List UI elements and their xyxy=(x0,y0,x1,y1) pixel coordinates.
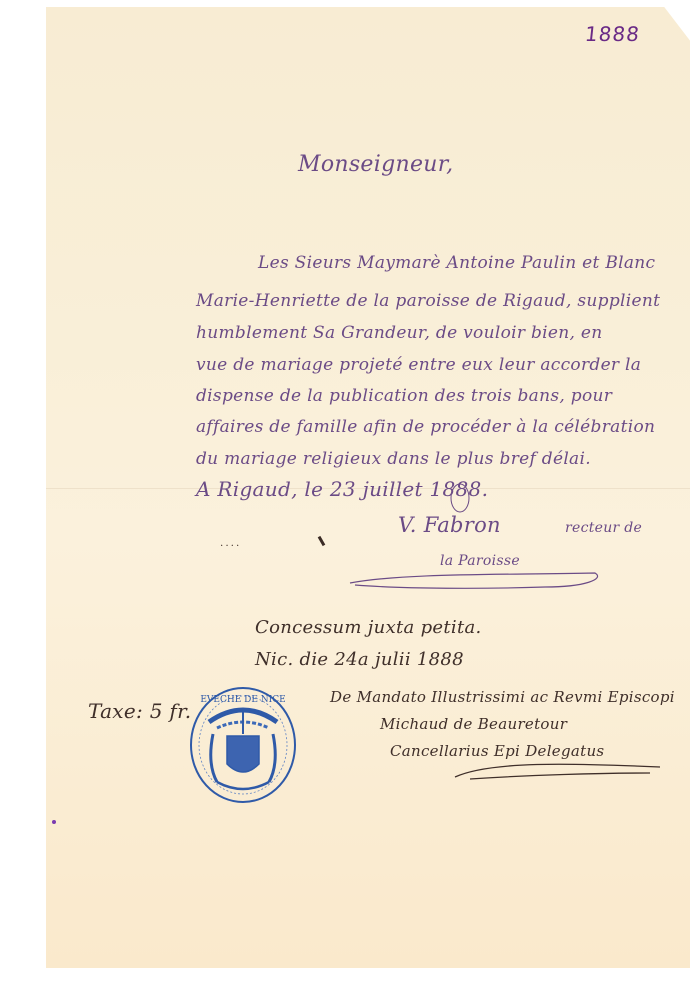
mandate-line: Michaud de Beauretour xyxy=(380,715,567,733)
archive-year-annotation: 1888 xyxy=(584,22,641,46)
letter-line: du mariage religieux dans le plus bref d… xyxy=(196,449,591,469)
signature-name: V. Fabron xyxy=(398,513,501,537)
ink-specks: ․․․․ xyxy=(220,538,241,549)
letter-line: vue de mariage projeté entre eux leur ac… xyxy=(196,355,641,375)
salutation: Monseigneur, xyxy=(298,152,453,177)
letter-line: Marie-Henriette de la paroisse de Rigaud… xyxy=(196,291,660,311)
letter-line: Les Sieurs Maymarè Antoine Paulin et Bla… xyxy=(258,253,655,273)
signature-flourish-icon xyxy=(345,565,605,595)
letter-line: dispense de la publication des trois ban… xyxy=(196,386,612,406)
tax-note: Taxe: 5 fr. xyxy=(88,699,191,723)
letter-line: humblement Sa Grandeur, de vouloir bien,… xyxy=(196,323,603,343)
ink-loop-flourish-icon xyxy=(440,478,480,518)
bishop-seal-stamp-icon: EVECHE DE NICE xyxy=(187,684,299,806)
mandate-line: De Mandato Illustrissimi ac Revmi Episco… xyxy=(330,688,675,706)
ink-dot xyxy=(52,820,56,824)
signature-title: recteur de xyxy=(565,520,642,536)
approval-line: Concessum juxta petita. xyxy=(255,617,482,638)
chancellor-flourish-icon xyxy=(450,757,670,785)
approval-date: Nic. die 24a julii 1888 xyxy=(255,649,464,670)
seal-legend: EVECHE DE NICE xyxy=(200,695,285,705)
letter-line: affaires de famille afin de procéder à l… xyxy=(196,417,655,437)
